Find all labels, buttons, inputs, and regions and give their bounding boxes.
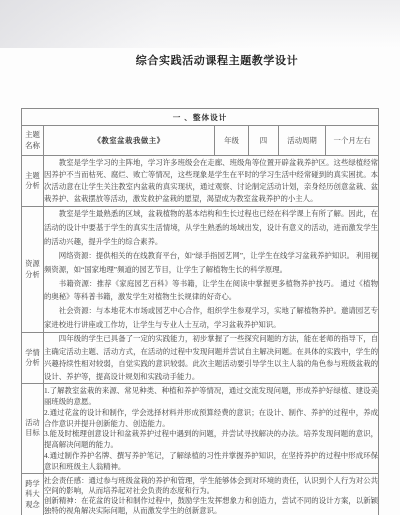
learner-analysis-label: 学情分析	[22, 333, 44, 384]
theme-analysis-row: 主题分析 教室是学生学习的主阵地，学习许多班级会在走廊、班级角等位置开辟盆栽养护…	[22, 156, 379, 207]
interdisciplinary-concepts-text: 社会责任感：通过参与班级盆栽的养护和管理，学生能够体会到对环境的责任，认识到个人…	[44, 473, 379, 515]
scan-shadow	[0, 0, 400, 48]
resource-analysis-label: 资源分析	[22, 207, 44, 333]
paragraph: 四年级的学生已具备了一定的实践能力，初步掌握了一些探究问题的方法，能在老师的指导…	[44, 333, 378, 383]
page-title: 综合实践活动课程主题教学设计	[0, 52, 400, 68]
theme-title: 《教室盆栽我做主》	[44, 126, 215, 156]
cycle-label: 活动周期	[279, 126, 326, 156]
paragraph: 社会资源：与本地花木市场或园艺中心合作，组织学生参观学习，实地了解植物养护。邀请…	[44, 304, 378, 332]
interdisciplinary-concepts-row: 跨学科大观念 社会责任感：通过参与班级盆栽的养护和管理，学生能够体会到对环境的责…	[22, 473, 379, 515]
theme-analysis-label: 主题分析	[22, 156, 44, 207]
theme-analysis-text: 教室是学生学习的主阵地，学习许多班级会在走廊、班级角等位置开辟盆栽养护区。这些绿…	[44, 156, 379, 207]
learner-analysis-row: 学情分析 四年级的学生已具备了一定的实践能力，初步掌握了一些探究问题的方法，能在…	[22, 333, 379, 384]
goal-item: 4.通过制作养护名牌、撰写养护笔记，了解绿植的习性并掌握养护知识，在坚持养护的过…	[44, 451, 378, 473]
teaching-design-table: 一 、整体设计 主题名称 《教室盆栽我做主》 年级 四 活动周期 一个月左右 主…	[21, 108, 379, 515]
resource-analysis-text: 教室是学生最熟悉的区域，盆栽植物的基本结构和生长过程也已经在科学课上有所了解。因…	[44, 207, 379, 333]
document-page: 综合实践活动课程主题教学设计 一 、整体设计 主题名称 《教室盆栽我做主》 年级…	[0, 0, 400, 515]
activity-goals-row: 活动目标 1.了解教室盆栽的来源、常见种类、种植和养护等情况，通过交流发现问题，…	[22, 384, 379, 473]
learner-analysis-text: 四年级的学生已具备了一定的实践能力，初步掌握了一些探究问题的方法，能在老师的指导…	[44, 333, 379, 384]
activity-goals-label: 活动目标	[22, 384, 44, 473]
paragraph: 教室是学生学习的主阵地，学习许多班级会在走廊、班级角等位置开辟盆栽养护区。这些绿…	[44, 157, 378, 205]
activity-goals-text: 1.了解教室盆栽的来源、常见种类、种植和养护等情况，通过交流发现问题，形成养护好…	[44, 384, 379, 473]
goal-item: 2.通过花盆的设计和制作，学会选择材料并形成预算经费的意识；在设计、制作、养护的…	[44, 408, 378, 430]
concept-item: 社会责任感：通过参与班级盆栽的养护和管理，学生能够体会到对环境的责任，认识到个人…	[44, 476, 378, 496]
resource-analysis-row: 资源分析 教室是学生最熟悉的区域，盆栽植物的基本结构和生长过程也已经在科学课上有…	[22, 207, 379, 333]
paragraph: 网络资源：提供相关的在线教育平台，如“绿手指园艺网”，让学生在线学习盆栽养护知识…	[44, 249, 378, 277]
paragraph: 书籍资源：推荐《家庭园艺百科》等书籍，让学生在阅读中掌握更多植物养护技巧。 通过…	[44, 277, 378, 305]
interdisciplinary-concepts-label: 跨学科大观念	[22, 473, 44, 515]
section-header-row: 一 、整体设计	[22, 109, 379, 126]
grade-value: 四	[249, 126, 279, 156]
theme-name-row: 主题名称 《教室盆栽我做主》 年级 四 活动周期 一个月左右	[22, 126, 379, 156]
concept-item: 创新精神：在花盆的设计和制作过程中，鼓励学生发挥想象力和创造力，尝试不同的设计方…	[44, 496, 378, 515]
theme-name-label: 主题名称	[22, 126, 44, 156]
goal-item: 1.了解教室盆栽的来源、常见种类、种植和养护等情况，通过交流发现问题，形成养护好…	[44, 386, 378, 408]
cycle-value: 一个月左右	[326, 126, 379, 156]
section-header: 一 、整体设计	[22, 109, 379, 126]
grade-label: 年级	[215, 126, 249, 156]
goal-item: 3.能及时梳理创意设计和盆栽养护过程中遇到的问题，并尝试寻找解决的办法。培养发现…	[44, 429, 378, 451]
paragraph: 教室是学生最熟悉的区域，盆栽植物的基本结构和生长过程也已经在科学课上有所了解。因…	[44, 207, 378, 249]
